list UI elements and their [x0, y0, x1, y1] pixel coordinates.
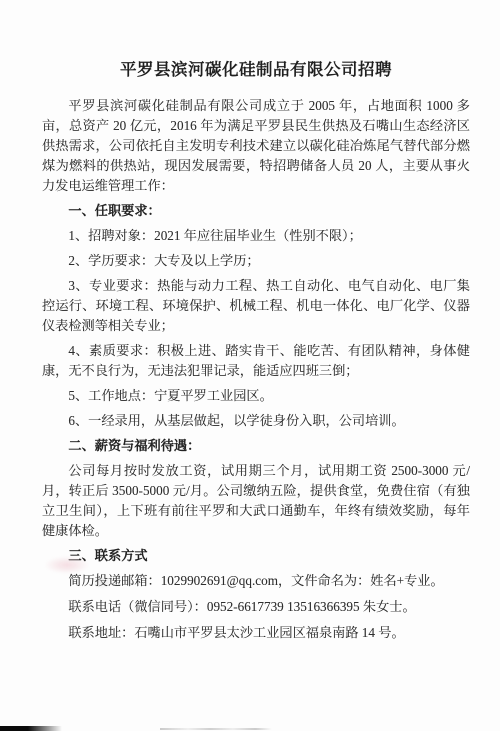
- intro-paragraph: 平罗县滨河碳化硅制品有限公司成立于 2005 年，占地面积 1000 多亩，总资…: [42, 96, 470, 196]
- requirement-item-5: 5、工作地点：宁夏平罗工业园区。: [42, 386, 470, 406]
- requirement-item-4: 4、素质要求：积极上进、踏实肯干、能吃苦、有团队精神，身体健康，无不良行为，无违…: [42, 341, 470, 381]
- requirement-item-1: 1、招聘对象：2021 年应往届毕业生（性别不限）；: [42, 226, 470, 246]
- section-requirements-heading: 一、任职要求：: [42, 201, 470, 221]
- scan-smudge-gray: [92, 574, 112, 589]
- scan-edge-dashes: [160, 728, 272, 730]
- contact-phone-line: 联系电话（微信同号）：0952-6617739 13516366395 朱女士。: [42, 597, 470, 617]
- scan-smudge-pink: [44, 556, 90, 574]
- requirement-item-2: 2、学历要求：大专及以上学历；: [42, 251, 470, 271]
- section-salary-heading: 二、薪资与福利待遇：: [42, 436, 470, 456]
- document-title: 平罗县滨河碳化硅制品有限公司招聘: [42, 56, 470, 80]
- document-content: 平罗县滨河碳化硅制品有限公司招聘 平罗县滨河碳化硅制品有限公司成立于 2005 …: [0, 0, 500, 643]
- salary-paragraph: 公司每月按时发放工资，试用期三个月，试用期工资 2500-3000 元/月，转正…: [42, 461, 470, 541]
- section-contact-heading: 三、联系方式: [42, 546, 470, 566]
- scanned-document-page: 平罗县滨河碳化硅制品有限公司招聘 平罗县滨河碳化硅制品有限公司成立于 2005 …: [0, 0, 500, 731]
- contact-address-line: 联系地址：石嘴山市平罗县太沙工业园区福泉南路 14 号。: [42, 623, 470, 643]
- scan-edge-line: [0, 726, 62, 731]
- requirement-item-6: 6、一经录用，从基层做起，以学徒身份入职，公司培训。: [42, 411, 470, 431]
- requirement-item-3: 3、专业要求：热能与动力工程、热工自动化、电气自动化、电厂集控运行、环境工程、环…: [42, 276, 470, 336]
